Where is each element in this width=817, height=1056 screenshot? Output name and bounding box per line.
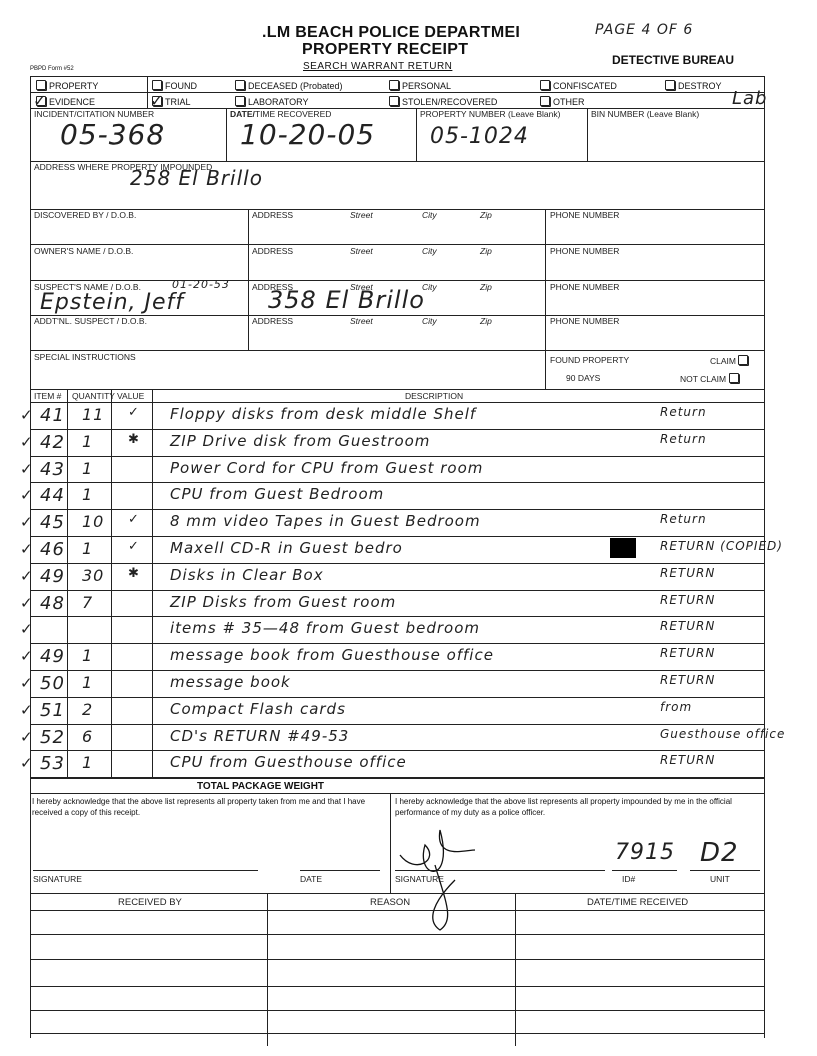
item-quantity[interactable]: 1 xyxy=(82,459,93,478)
special-instructions-label: SPECIAL INSTRUCTIONS xyxy=(34,352,136,362)
check-mark-icon: ✓ xyxy=(20,406,34,424)
item-number[interactable]: 41 xyxy=(40,405,65,426)
item-description[interactable]: Power Cord for CPU from Guest room xyxy=(170,459,483,477)
item-quantity[interactable]: 1 xyxy=(82,646,93,665)
item-quantity[interactable]: 1 xyxy=(82,432,93,451)
form-title: PROPERTY RECEIPT xyxy=(302,41,468,59)
item-number[interactable]: 49 xyxy=(40,566,65,587)
item-number[interactable]: 45 xyxy=(40,512,65,533)
row-divider xyxy=(30,536,765,537)
item-number[interactable]: 53 xyxy=(40,753,65,774)
property-number-label: PROPERTY NUMBER (Leave Blank) xyxy=(420,109,560,119)
col-datetime-received: DATE/TIME RECEIVED xyxy=(587,897,688,908)
item-number[interactable]: 44 xyxy=(40,485,65,506)
col-received-by: RECEIVED BY xyxy=(118,897,182,908)
item-quantity[interactable]: 1 xyxy=(82,753,93,772)
form-subtitle: SEARCH WARRANT RETURN xyxy=(303,61,452,72)
check-mark-icon: ✓ xyxy=(20,433,34,451)
item-quantity[interactable]: 1 xyxy=(82,539,93,558)
checkbox-property[interactable]: PROPERTY xyxy=(36,80,98,91)
item-description[interactable]: CPU from Guesthouse office xyxy=(170,753,407,771)
property-number[interactable]: 05-1024 xyxy=(430,124,529,149)
item-number[interactable]: 42 xyxy=(40,432,65,453)
owner-name-label: OWNER'S NAME / D.O.B. xyxy=(34,246,133,256)
item-description[interactable]: message book xyxy=(170,673,291,691)
date-recovered[interactable]: 10-20-05 xyxy=(240,118,375,151)
officer-id[interactable]: 7915 xyxy=(615,840,675,865)
item-value[interactable]: ✓ xyxy=(128,405,140,420)
item-description[interactable]: ZIP Disks from Guest room xyxy=(170,593,396,611)
row-divider xyxy=(30,724,765,725)
check-mark-icon: ✓ xyxy=(20,540,34,558)
row-divider xyxy=(30,456,765,457)
col-reason: REASON xyxy=(370,897,410,908)
check-mark-icon: ✓ xyxy=(20,567,34,585)
item-note[interactable]: RETURN xyxy=(660,753,715,767)
check-mark-icon: ✓ xyxy=(20,701,34,719)
item-quantity[interactable]: 30 xyxy=(82,566,104,585)
row-divider xyxy=(30,429,765,430)
check-mark-icon: ✓ xyxy=(20,620,34,638)
bureau-name: DETECTIVE BUREAU xyxy=(612,53,734,67)
item-note[interactable]: Return xyxy=(660,512,707,526)
item-description[interactable]: Compact Flash cards xyxy=(170,700,346,718)
addl-suspect-label: ADDT'NL. SUSPECT / D.O.B. xyxy=(34,316,147,326)
agency-name: .LM BEACH POLICE DEPARTMEI xyxy=(262,24,520,42)
check-mark-icon: ✓ xyxy=(20,486,34,504)
item-description[interactable]: Floppy disks from desk middle Shelf xyxy=(170,405,476,423)
item-description[interactable]: message book from Guesthouse office xyxy=(170,646,494,664)
suspect-name[interactable]: Epstein, Jeff xyxy=(40,290,184,315)
claim-checkbox[interactable]: CLAIM xyxy=(710,355,751,366)
item-description[interactable]: CD's RETURN #49-53 xyxy=(170,727,349,745)
row-divider xyxy=(30,563,765,564)
check-mark-icon: ✓ xyxy=(20,594,34,612)
item-value[interactable]: ✓ xyxy=(128,539,140,554)
item-description[interactable]: 8 mm video Tapes in Guest Bedroom xyxy=(170,512,481,530)
item-note[interactable]: RETURN xyxy=(660,619,715,633)
discovered-by-label: DISCOVERED BY / D.O.B. xyxy=(34,210,136,220)
item-note[interactable]: from xyxy=(660,700,692,714)
row-divider xyxy=(30,482,765,483)
row-divider xyxy=(30,643,765,644)
item-quantity[interactable]: 11 xyxy=(82,405,104,424)
suspect-dob[interactable]: 01-20-53 xyxy=(172,278,230,291)
item-quantity[interactable]: 6 xyxy=(82,727,93,746)
officer-acknowledgment: I hereby acknowledge that the above list… xyxy=(395,796,755,818)
date-label: DATE xyxy=(300,874,322,884)
item-note[interactable]: RETURN (COPIED) xyxy=(660,539,783,553)
item-note[interactable]: RETURN xyxy=(660,593,715,607)
check-mark-icon: ✓ xyxy=(20,674,34,692)
item-description[interactable]: Maxell CD-R in Guest bedro xyxy=(170,539,403,557)
item-quantity[interactable]: 7 xyxy=(82,593,93,612)
checkbox-laboratory[interactable]: LABORATORY xyxy=(235,96,309,107)
row-divider xyxy=(30,509,765,510)
incident-number[interactable]: 05-368 xyxy=(60,118,165,151)
item-number[interactable]: 46 xyxy=(40,539,65,560)
address-impounded[interactable]: 258 El Brillo xyxy=(130,166,263,190)
item-number[interactable]: 51 xyxy=(40,700,65,721)
item-quantity[interactable]: 10 xyxy=(82,512,104,531)
item-number[interactable]: 50 xyxy=(40,673,65,694)
col-quantity: QUANTITY xyxy=(72,391,115,401)
col-description: DESCRIPTION xyxy=(405,391,463,401)
checkbox-destroy[interactable]: DESTROY xyxy=(665,80,722,91)
item-description[interactable]: ZIP Drive disk from Guestroom xyxy=(170,432,430,450)
item-note[interactable]: RETURN xyxy=(660,566,715,580)
checkbox-confiscated[interactable]: CONFISCATED xyxy=(540,80,617,91)
item-quantity[interactable]: 1 xyxy=(82,673,93,692)
item-description[interactable]: CPU from Guest Bedroom xyxy=(170,485,384,503)
form-number: PBPD Form #52 xyxy=(30,66,74,72)
found-property-label: FOUND PROPERTY xyxy=(550,355,629,365)
check-mark-icon: ✓ xyxy=(20,728,34,746)
row-divider xyxy=(30,750,765,751)
item-description[interactable]: items # 35—48 from Guest bedroom xyxy=(170,619,480,637)
row-divider xyxy=(30,697,765,698)
item-quantity[interactable]: 2 xyxy=(82,700,93,719)
item-note[interactable]: RETURN xyxy=(660,673,715,687)
not-claim-checkbox[interactable]: NOT CLAIM xyxy=(680,373,742,384)
col-item: ITEM # xyxy=(34,391,61,401)
item-number[interactable]: 52 xyxy=(40,727,65,748)
checkbox-other[interactable]: OTHER xyxy=(540,96,585,107)
row-divider xyxy=(30,670,765,671)
item-number[interactable]: 48 xyxy=(40,593,65,614)
checkbox-stolen-recovered[interactable]: STOLEN/RECOVERED xyxy=(389,96,497,107)
page-note: PAGE 4 OF 6 xyxy=(595,22,693,38)
item-note[interactable]: RETURN xyxy=(660,646,715,660)
item-description[interactable]: Disks in Clear Box xyxy=(170,566,324,584)
item-value[interactable]: ✓ xyxy=(128,512,140,527)
item-value[interactable]: ✱ xyxy=(128,566,140,581)
row-divider xyxy=(30,616,765,617)
item-value[interactable]: ✱ xyxy=(128,432,140,447)
checkbox-found[interactable]: FOUND xyxy=(152,80,197,91)
row-divider xyxy=(30,590,765,591)
item-note[interactable]: Return xyxy=(660,405,707,419)
check-mark-icon: ✓ xyxy=(20,647,34,665)
id-label: ID# xyxy=(622,874,635,884)
col-value: VALUE xyxy=(117,391,144,401)
total-weight-label: TOTAL PACKAGE WEIGHT xyxy=(197,781,324,792)
owner-acknowledgment: I hereby acknowledge that the above list… xyxy=(32,796,372,818)
officer-signature-scribble xyxy=(395,820,515,940)
unit-label: UNIT xyxy=(710,874,730,884)
signature-label: SIGNATURE xyxy=(33,874,82,884)
item-number[interactable]: 43 xyxy=(40,459,65,480)
other-note: Lab xyxy=(732,88,767,109)
check-mark-icon: ✓ xyxy=(20,460,34,478)
redaction-box xyxy=(610,538,636,558)
check-mark-icon: ✓ xyxy=(20,754,34,772)
checkbox-personal[interactable]: PERSONAL xyxy=(389,80,451,91)
item-number[interactable]: 49 xyxy=(40,646,65,667)
item-quantity[interactable]: 1 xyxy=(82,485,93,504)
officer-unit[interactable]: D2 xyxy=(700,838,739,868)
checkbox-deceased[interactable]: DECEASED (Probated) xyxy=(235,80,343,91)
bin-number-label: BIN NUMBER (Leave Blank) xyxy=(591,109,699,119)
item-note[interactable]: Return xyxy=(660,432,707,446)
check-mark-icon: ✓ xyxy=(20,513,34,531)
item-note[interactable]: Guesthouse office xyxy=(660,727,785,741)
ninety-days-label: 90 DAYS xyxy=(566,373,600,383)
